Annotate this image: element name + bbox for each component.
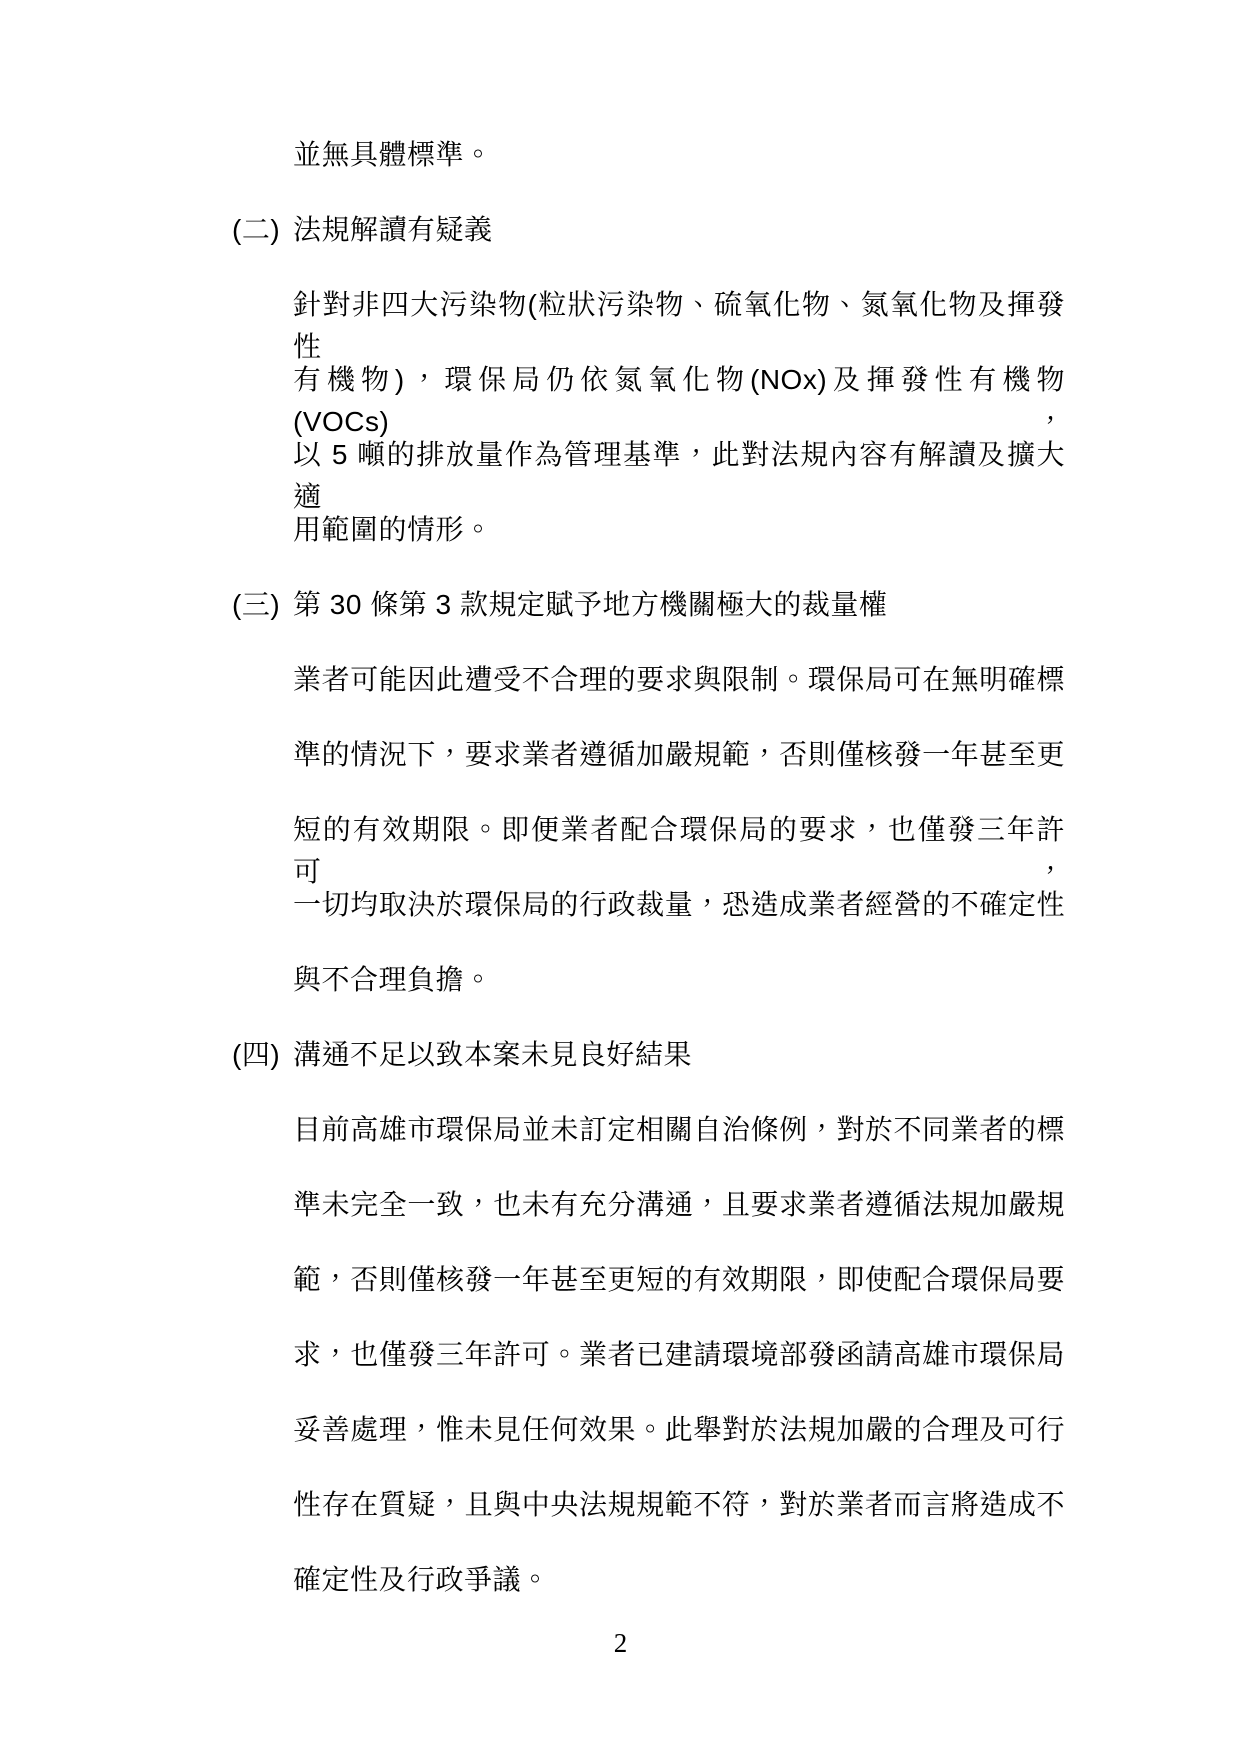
text-line: 以 5 噸的排放量作為管理基準，此對法規內容有解讀及擴大適 — [293, 434, 1065, 476]
document-page: 並無具體標準。 (二)法規解讀有疑義 針對非四大污染物(粒狀污染物、硫氧化物、氮… — [0, 0, 1241, 1755]
text-line: 與不合理負擔。 — [293, 959, 1065, 1001]
page-number: 2 — [0, 1626, 1241, 1660]
text-line: 目前高雄市環保局並未訂定相關自治條例，對於不同業者的標 — [293, 1109, 1065, 1151]
text-line: 性存在質疑，且與中央法規規範不符，對於業者而言將造成不 — [293, 1484, 1065, 1526]
section-title: 法規解讀有疑義 — [293, 214, 493, 245]
section-label: (四) — [232, 1034, 293, 1076]
text-line: 針對非四大污染物(粒狀污染物、硫氧化物、氮氧化物及揮發性 — [293, 284, 1065, 326]
text-line: 短的有效期限。即便業者配合環保局的要求，也僅發三年許可， — [293, 809, 1065, 851]
section-heading-4: (四)溝通不足以致本案未見良好結果 — [232, 1034, 1065, 1076]
text-line: 有機物)，環保局仍依氮氧化物(NOx)及揮發性有機物(VOCs)， — [293, 359, 1065, 401]
text-line: 妥善處理，惟未見任何效果。此舉對於法規加嚴的合理及可行 — [293, 1409, 1065, 1451]
section-label: (二) — [232, 209, 293, 251]
text-line: 用範圍的情形。 — [293, 509, 1065, 551]
text-line: 範，否則僅核發一年甚至更短的有效期限，即使配合環保局要 — [293, 1259, 1065, 1301]
section-heading-3: (三)第 30 條第 3 款規定賦予地方機關極大的裁量權 — [232, 584, 1065, 626]
section-label: (三) — [232, 584, 293, 626]
section-title: 溝通不足以致本案未見良好結果 — [293, 1039, 692, 1070]
section-heading-2: (二)法規解讀有疑義 — [232, 209, 1065, 251]
text-line: 確定性及行政爭議。 — [293, 1559, 1065, 1601]
section-title: 第 30 條第 3 款規定賦予地方機關極大的裁量權 — [293, 589, 887, 620]
text-line: 準的情況下，要求業者遵循加嚴規範，否則僅核發一年甚至更 — [293, 734, 1065, 776]
text-line: 求，也僅發三年許可。業者已建請環境部發函請高雄市環保局 — [293, 1334, 1065, 1376]
text-line: 並無具體標準。 — [293, 134, 1065, 176]
text-line: 業者可能因此遭受不合理的要求與限制。環保局可在無明確標 — [293, 659, 1065, 701]
text-line: 準未完全一致，也未有充分溝通，且要求業者遵循法規加嚴規 — [293, 1184, 1065, 1226]
text-line: 一切均取決於環保局的行政裁量，恐造成業者經營的不確定性 — [293, 884, 1065, 926]
